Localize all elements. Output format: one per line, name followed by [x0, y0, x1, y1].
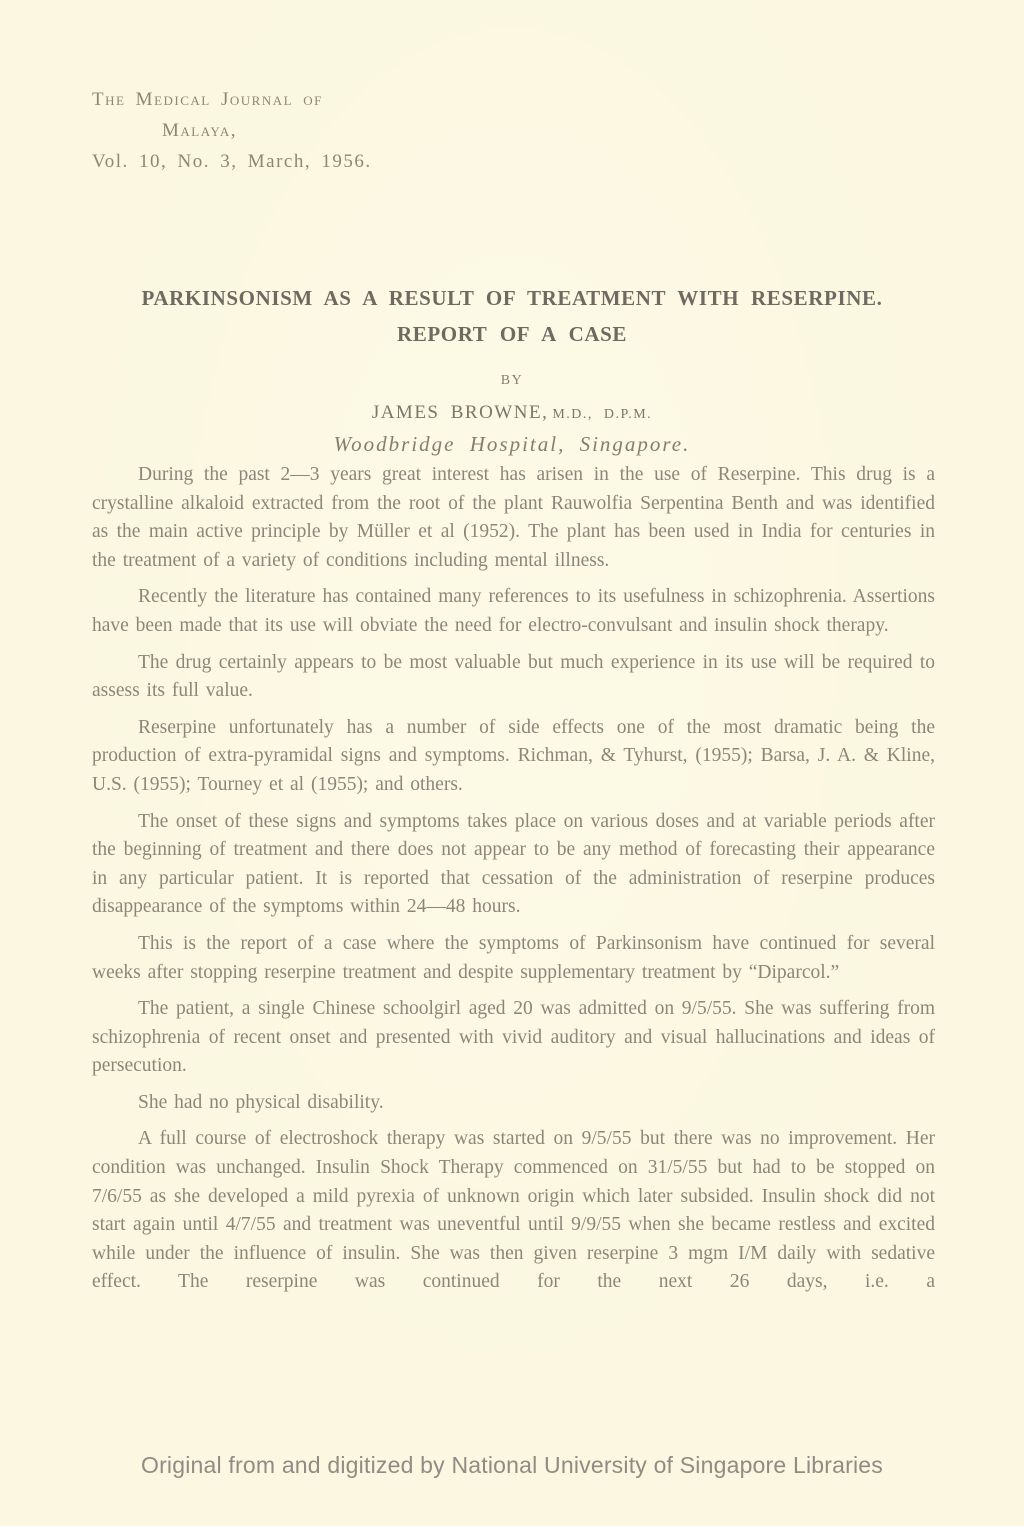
journal-name-line1: The Medical Journal of	[92, 84, 372, 115]
article-title-line2: REPORT OF A CASE	[0, 322, 1024, 347]
article-paragraph: Reserpine unfortunately has a number of …	[92, 714, 935, 800]
article-title-block: PARKINSONISM AS A RESULT OF TREATMENT WI…	[0, 286, 1024, 457]
article-paragraph: Recently the literature has contained ma…	[92, 583, 935, 640]
article-paragraph: This is the report of a case where the s…	[92, 930, 935, 987]
article-paragraph: The drug certainly appears to be most va…	[92, 649, 935, 706]
author-degrees: M.D., D.P.M.	[552, 407, 652, 422]
journal-name-line2: Malaya,	[162, 115, 372, 146]
article-paragraph: A full course of electroshock therapy wa…	[92, 1125, 935, 1297]
journal-volume-line: Vol. 10, No. 3, March, 1956.	[92, 146, 372, 177]
author-affiliation: Woodbridge Hospital, Singapore.	[0, 432, 1024, 457]
journal-masthead: The Medical Journal of Malaya, Vol. 10, …	[92, 84, 372, 177]
article-body: During the past 2—3 years great interest…	[92, 461, 935, 1305]
author-line: JAMES BROWNE, M.D., D.P.M.	[0, 402, 1024, 424]
digitization-credit: Original from and digitized by National …	[0, 1452, 1024, 1479]
article-paragraph: She had no physical disability.	[92, 1089, 935, 1118]
byline-by-label: BY	[0, 373, 1024, 389]
article-paragraph: During the past 2—3 years great interest…	[92, 461, 935, 575]
article-title-line1: PARKINSONISM AS A RESULT OF TREATMENT WI…	[0, 286, 1024, 311]
scanned-journal-page: The Medical Journal of Malaya, Vol. 10, …	[0, 0, 1024, 1526]
author-name: JAMES BROWNE,	[372, 402, 549, 423]
article-paragraph: The onset of these signs and symptoms ta…	[92, 808, 935, 922]
article-paragraph: The patient, a single Chinese schoolgirl…	[92, 995, 935, 1081]
